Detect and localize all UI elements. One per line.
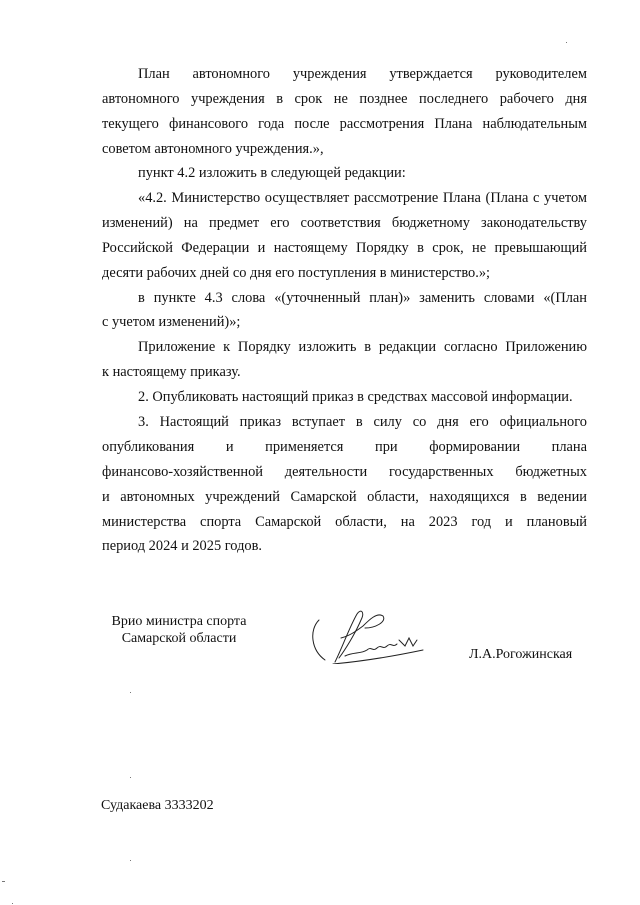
signatory-position: Врио министра спорта Самарской области — [104, 613, 254, 647]
executor-contact: Судакаева 3333202 — [101, 797, 214, 814]
text-line: Российской Федерации и настоящему Порядк… — [102, 240, 587, 256]
text-line: в пункте 4.3 слова «(уточненный план)» з… — [138, 290, 587, 306]
text-line: опубликования и применяется при формиров… — [102, 439, 587, 455]
text-line: текущего финансового года после рассмотр… — [102, 116, 587, 132]
text-line: период 2024 и 2025 годов. — [102, 538, 587, 554]
text-line: к настоящему приказу. — [102, 364, 587, 380]
text-line: министерства спорта Самарской области, н… — [102, 514, 587, 530]
text-line: Приложение к Порядку изложить в редакции… — [138, 339, 587, 355]
text-line: пункт 4.2 изложить в следующей редакции: — [138, 165, 587, 181]
scan-speck — [130, 692, 131, 693]
text-line: 3. Настоящий приказ вступает в силу со д… — [138, 414, 587, 430]
scan-speck — [130, 777, 131, 778]
text-line: с учетом изменений)»; — [102, 314, 587, 330]
text-line: изменений) на предмет его соответствия б… — [102, 215, 587, 231]
position-line: Самарской области — [104, 630, 254, 647]
text-line: «4.2. Министерство осуществляет рассмотр… — [138, 190, 587, 206]
scan-speck — [130, 860, 131, 861]
handwritten-signature-icon — [305, 606, 430, 664]
text-line: автономного учреждения в срок не позднее… — [102, 91, 587, 107]
scan-speck — [566, 42, 567, 43]
position-line: Врио министра спорта — [104, 613, 254, 630]
text-line: 2. Опубликовать настоящий приказ в средс… — [138, 389, 587, 405]
text-line: десяти рабочих дней со дня его поступлен… — [102, 265, 587, 281]
scan-speck — [12, 903, 13, 904]
signatory-name: Л.А.Рогожинская — [469, 646, 572, 663]
text-line: финансово-хозяйственной деятельности гос… — [102, 464, 587, 480]
text-line: советом автономного учреждения.», — [102, 141, 587, 157]
scan-speck — [2, 881, 5, 882]
text-line: План автономного учреждения утверждается… — [138, 66, 587, 82]
text-line: и автономных учреждений Самарской област… — [102, 489, 587, 505]
